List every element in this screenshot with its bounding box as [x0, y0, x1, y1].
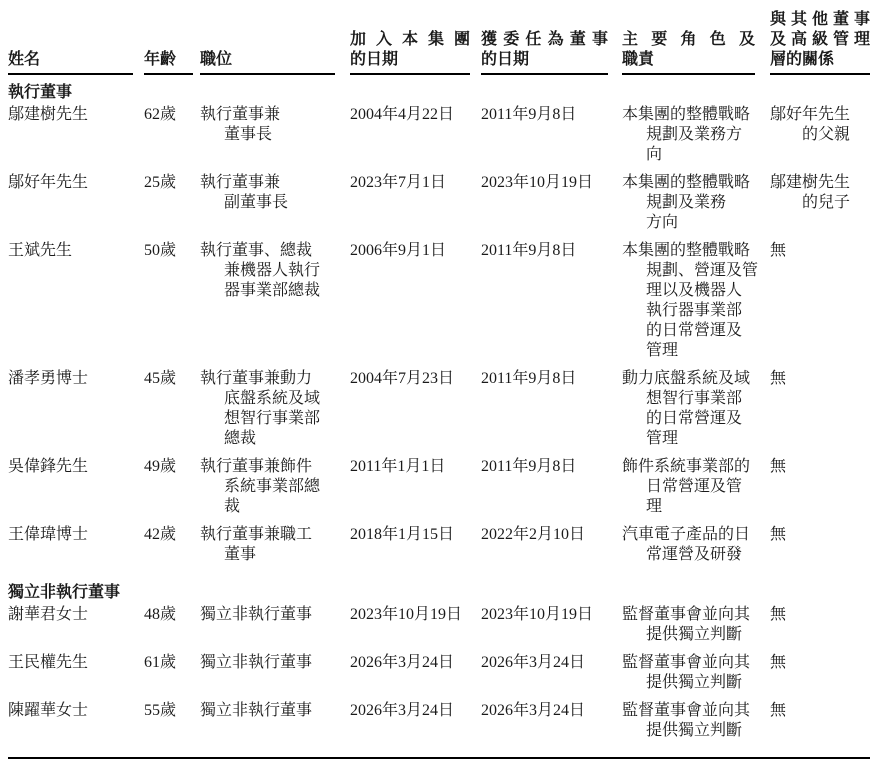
name-cell: 鄔好年先生	[8, 173, 144, 193]
join-date-cell: 2023年10月19日	[350, 605, 481, 625]
section-title-independent-non-executive-directors: 獨立非執行董事	[8, 583, 876, 603]
table-row: 鄔好年先生 25歲 執行董事兼 副董事長 2023年7月1日 2023年10月1…	[8, 173, 876, 233]
name-cell: 潘孝勇博士	[8, 369, 144, 389]
name-cell: 陳躍華女士	[8, 701, 144, 721]
age-cell: 55歲	[144, 701, 200, 721]
relationship-cell: 無	[770, 241, 876, 261]
roles-cell: 監督董事會並向其 提供獨立判斷	[622, 605, 770, 645]
appoint-date-cell: 2011年9月8日	[481, 457, 622, 477]
age-cell: 49歲	[144, 457, 200, 477]
roles-cell: 本集團的整體戰略 規劃及業務方 向	[622, 105, 770, 165]
name-cell: 鄔建樹先生	[8, 105, 144, 125]
appoint-date-cell: 2011年9月8日	[481, 105, 622, 125]
col-header-line: 及高級管理	[770, 30, 870, 50]
name-cell: 吳偉鋒先生	[8, 457, 144, 477]
table-row: 潘孝勇博士 45歲 執行董事兼動力 底盤系統及域 想智行事業部 總裁 2004年…	[8, 369, 876, 449]
position-cell: 執行董事兼 副董事長	[200, 173, 350, 213]
name-cell: 謝華君女士	[8, 605, 144, 625]
col-header-line: 職責	[622, 50, 755, 70]
roles-cell: 飾件系統事業部的 日常營運及管 理	[622, 457, 770, 517]
age-cell: 62歲	[144, 105, 200, 125]
col-header-name: 姓名	[8, 50, 133, 75]
col-header-line: 年齡	[144, 50, 193, 70]
join-date-cell: 2026年3月24日	[350, 701, 481, 721]
appoint-date-cell: 2023年10月19日	[481, 173, 622, 193]
section-title-executive-directors: 執行董事	[8, 83, 876, 103]
appoint-date-cell: 2011年9月8日	[481, 241, 622, 261]
roles-cell: 本集團的整體戰略 規劃、營運及管 理以及機器人 執行器事業部 的日常營運及 管理	[622, 241, 770, 361]
age-cell: 48歲	[144, 605, 200, 625]
roles-cell: 監督董事會並向其 提供獨立判斷	[622, 653, 770, 693]
col-header-line: 主要角色及	[622, 30, 755, 50]
position-cell: 執行董事、總裁 兼機器人執行 器事業部總裁	[200, 241, 350, 301]
age-cell: 42歲	[144, 525, 200, 545]
position-cell: 獨立非執行董事	[200, 653, 350, 673]
col-header-age: 年齡	[144, 50, 193, 75]
name-cell: 王斌先生	[8, 241, 144, 261]
name-cell: 王偉瑋博士	[8, 525, 144, 545]
table-row: 鄔建樹先生 62歲 執行董事兼 董事長 2004年4月22日 2011年9月8日…	[8, 105, 876, 165]
col-header-join-date: 加入本集團 的日期	[350, 30, 470, 75]
roles-cell: 動力底盤系統及域 想智行事業部 的日常營運及 管理	[622, 369, 770, 449]
join-date-cell: 2004年4月22日	[350, 105, 481, 125]
join-date-cell: 2018年1月15日	[350, 525, 481, 545]
col-header-line: 的日期	[481, 50, 608, 70]
join-date-cell: 2006年9月1日	[350, 241, 481, 261]
join-date-cell: 2011年1月1日	[350, 457, 481, 477]
col-header-position: 職位	[200, 50, 335, 75]
directors-table: 姓名 年齡 職位 加入本集團 的日期 獲委任為董事 的日期 主要角色及 職責 與…	[0, 0, 876, 741]
relationship-cell: 鄔好年先生 的父親	[770, 105, 876, 145]
appoint-date-cell: 2023年10月19日	[481, 605, 622, 625]
col-header-line: 職位	[200, 50, 335, 70]
position-cell: 獨立非執行董事	[200, 605, 350, 625]
col-header-line: 加入本集團	[350, 30, 470, 50]
table-bottom-rule	[8, 757, 870, 759]
relationship-cell: 無	[770, 525, 876, 545]
table-row: 王斌先生 50歲 執行董事、總裁 兼機器人執行 器事業部總裁 2006年9月1日…	[8, 241, 876, 361]
roles-cell: 本集團的整體戰略 規劃及業務 方向	[622, 173, 770, 233]
relationship-cell: 無	[770, 457, 876, 477]
position-cell: 執行董事兼飾件 系統事業部總 裁	[200, 457, 350, 517]
relationship-cell: 鄔建樹先生 的兒子	[770, 173, 876, 213]
col-header-line: 姓名	[8, 50, 133, 70]
table-row: 王偉瑋博士 42歲 執行董事兼職工 董事 2018年1月15日 2022年2月1…	[8, 525, 876, 565]
appoint-date-cell: 2022年2月10日	[481, 525, 622, 545]
relationship-cell: 無	[770, 605, 876, 625]
appoint-date-cell: 2011年9月8日	[481, 369, 622, 389]
table-row: 吳偉鋒先生 49歲 執行董事兼飾件 系統事業部總 裁 2011年1月1日 201…	[8, 457, 876, 517]
col-header-relationship: 與其他董事 及高級管理 層的關係	[770, 10, 870, 75]
position-cell: 執行董事兼 董事長	[200, 105, 350, 145]
join-date-cell: 2023年7月1日	[350, 173, 481, 193]
age-cell: 61歲	[144, 653, 200, 673]
roles-cell: 監督董事會並向其 提供獨立判斷	[622, 701, 770, 741]
position-cell: 執行董事兼職工 董事	[200, 525, 350, 565]
col-header-line: 與其他董事	[770, 10, 870, 30]
position-cell: 執行董事兼動力 底盤系統及域 想智行事業部 總裁	[200, 369, 350, 449]
relationship-cell: 無	[770, 369, 876, 389]
age-cell: 50歲	[144, 241, 200, 261]
col-header-roles: 主要角色及 職責	[622, 30, 755, 75]
col-header-line: 獲委任為董事	[481, 30, 608, 50]
age-cell: 45歲	[144, 369, 200, 389]
relationship-cell: 無	[770, 701, 876, 721]
table-row: 謝華君女士 48歲 獨立非執行董事 2023年10月19日 2023年10月19…	[8, 605, 876, 645]
age-cell: 25歲	[144, 173, 200, 193]
appoint-date-cell: 2026年3月24日	[481, 653, 622, 673]
table-row: 王民權先生 61歲 獨立非執行董事 2026年3月24日 2026年3月24日 …	[8, 653, 876, 693]
table-header-row: 姓名 年齡 職位 加入本集團 的日期 獲委任為董事 的日期 主要角色及 職責 與…	[8, 10, 876, 75]
position-cell: 獨立非執行董事	[200, 701, 350, 721]
join-date-cell: 2004年7月23日	[350, 369, 481, 389]
col-header-appoint-date: 獲委任為董事 的日期	[481, 30, 608, 75]
page: 姓名 年齡 職位 加入本集團 的日期 獲委任為董事 的日期 主要角色及 職責 與…	[0, 0, 876, 762]
relationship-cell: 無	[770, 653, 876, 673]
col-header-line: 層的關係	[770, 50, 870, 70]
roles-cell: 汽車電子產品的日 常運營及研發	[622, 525, 770, 565]
table-row: 陳躍華女士 55歲 獨立非執行董事 2026年3月24日 2026年3月24日 …	[8, 701, 876, 741]
name-cell: 王民權先生	[8, 653, 144, 673]
col-header-line: 的日期	[350, 50, 470, 70]
join-date-cell: 2026年3月24日	[350, 653, 481, 673]
appoint-date-cell: 2026年3月24日	[481, 701, 622, 721]
